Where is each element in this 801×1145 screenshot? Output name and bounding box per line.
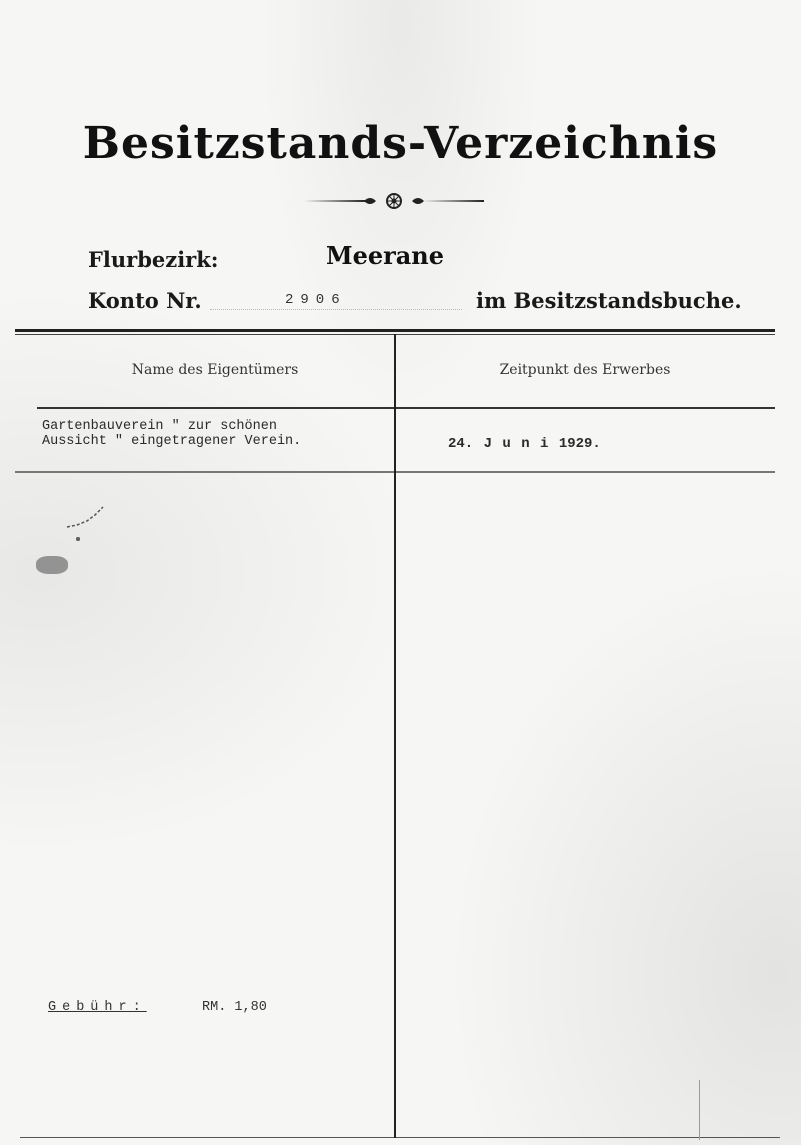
fee-label: Gebühr: bbox=[48, 1000, 147, 1015]
table-top-rule bbox=[15, 329, 775, 332]
document-title: Besitzstands-Verzeichnis bbox=[0, 118, 801, 169]
owner-name-line1: Gartenbauverein " zur schönen bbox=[42, 419, 277, 434]
owner-name-line2: Aussicht " eingetragener Verein. bbox=[42, 434, 301, 449]
konto-label: Konto Nr. bbox=[88, 288, 202, 313]
column-header-acquisition-date: Zeitpunkt des Erwerbes bbox=[400, 362, 770, 378]
ink-scribble-icon bbox=[65, 505, 115, 535]
document-page: Besitzstands-Verzeichnis Flurbezirk: Mee… bbox=[0, 0, 801, 1145]
decorative-divider-icon bbox=[304, 193, 484, 209]
column-divider bbox=[394, 334, 396, 1138]
konto-suffix: im Besitzstandsbuche. bbox=[476, 288, 742, 313]
ink-stain bbox=[36, 556, 68, 574]
faint-margin-line bbox=[699, 1080, 700, 1140]
column-header-owner: Name des Eigentümers bbox=[40, 362, 390, 378]
fee-value: RM. 1,80 bbox=[202, 1000, 267, 1015]
flurbezirk-label: Flurbezirk: bbox=[88, 247, 219, 272]
flurbezirk-value: Meerane bbox=[326, 241, 444, 270]
ink-dot bbox=[76, 537, 80, 541]
konto-dotted-line bbox=[210, 309, 462, 310]
header-bottom-rule bbox=[37, 407, 775, 409]
table-bottom-rule bbox=[20, 1137, 780, 1138]
acquisition-date: 24. J u n i 1929. bbox=[448, 436, 601, 452]
konto-value: 2906 bbox=[285, 292, 347, 308]
